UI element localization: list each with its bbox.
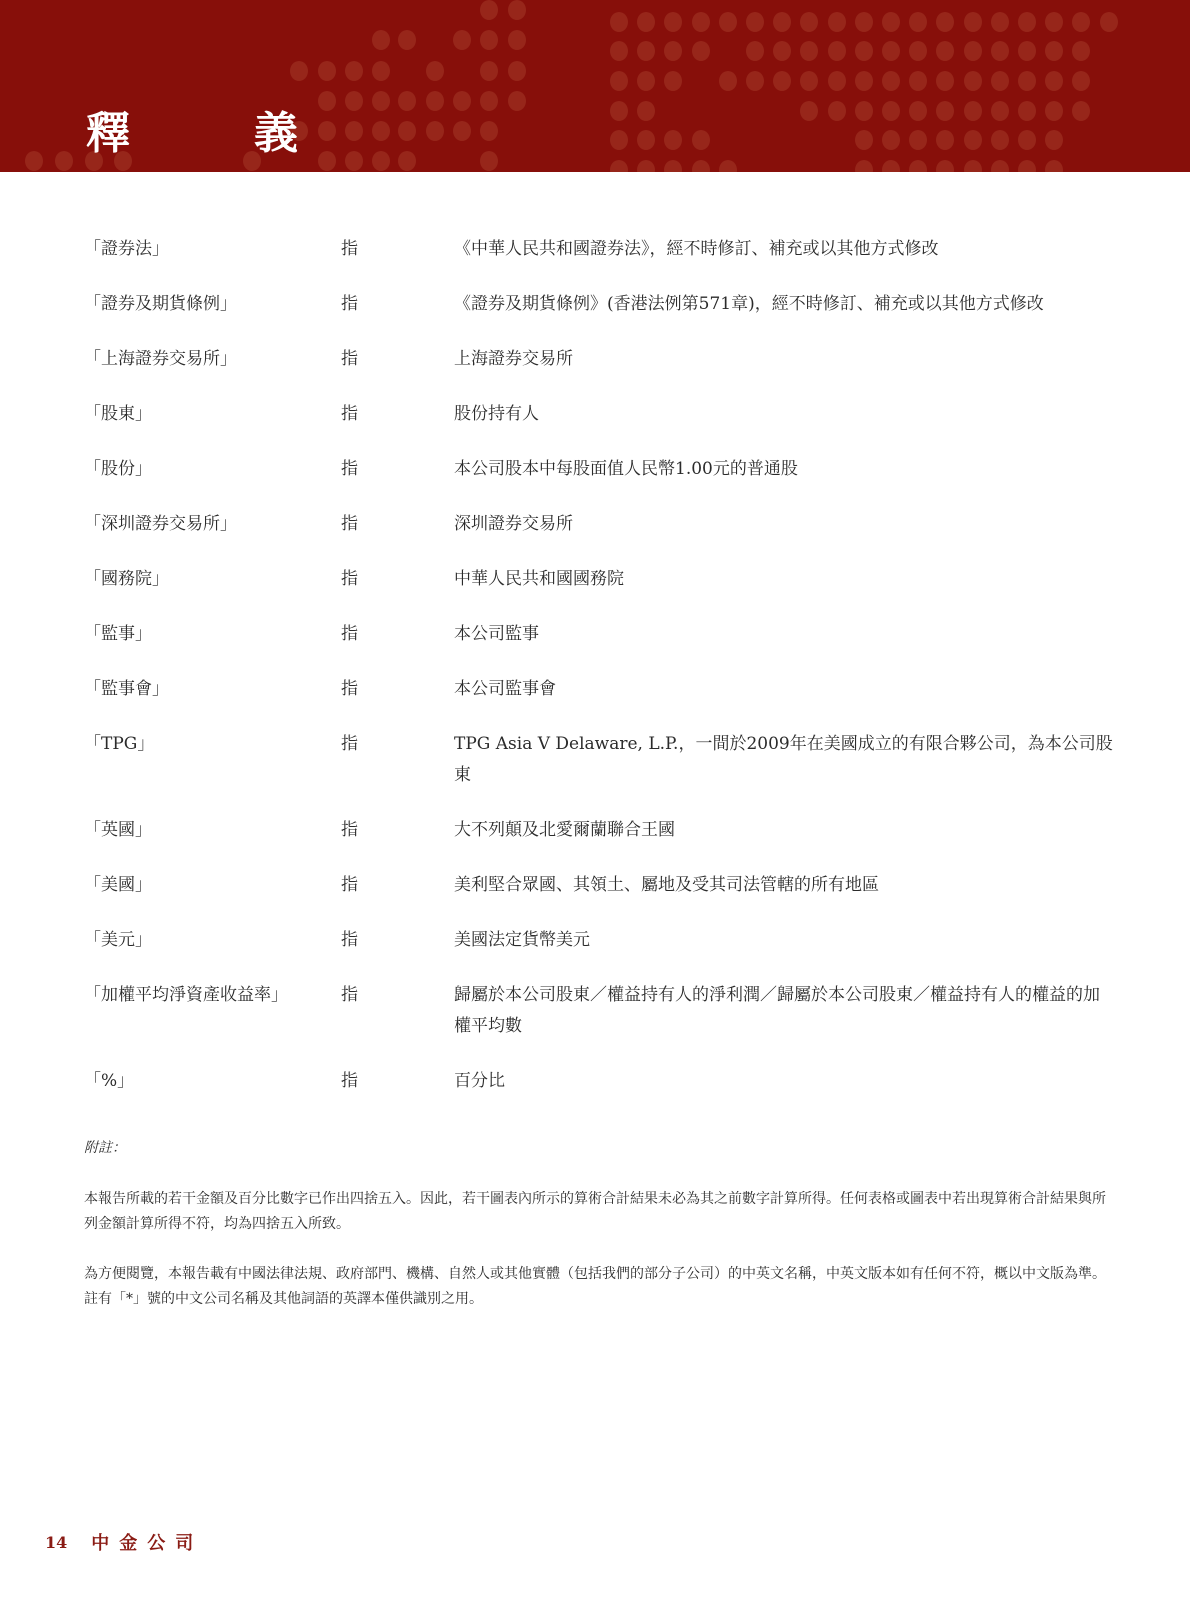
definition-term: 「美元」 xyxy=(84,925,341,956)
definition-means: 指 xyxy=(341,564,454,595)
definition-means: 指 xyxy=(341,870,454,901)
definition-text: 本公司監事會 xyxy=(454,674,1114,705)
definition-row: 「上海證券交易所」 指 上海證券交易所 xyxy=(84,344,1114,375)
definition-term: 「證券法」 xyxy=(84,234,341,265)
definition-means: 指 xyxy=(341,289,454,320)
notes-section: 附註： 本報告所載的若干金額及百分比數字已作出四捨五入。因此，若干圖表內所示的算… xyxy=(84,1136,1114,1337)
definition-means: 指 xyxy=(341,454,454,485)
definition-term: 「上海證券交易所」 xyxy=(84,344,341,375)
definition-means: 指 xyxy=(341,509,454,540)
note-paragraph-translation: 為方便閱覽，本報告載有中國法律法規、政府部門、機構、自然人或其他實體（包括我們的… xyxy=(84,1262,1114,1312)
definition-row: 「證券及期貨條例」 指 《證券及期貨條例》(香港法例第571章)，經不時修訂、補… xyxy=(84,289,1114,320)
definition-row: 「美元」 指 美國法定貨幣美元 xyxy=(84,925,1114,956)
definition-text: 本公司股本中每股面值人民幣1.00元的普通股 xyxy=(454,454,1114,485)
definition-term: 「國務院」 xyxy=(84,564,341,595)
page-title: 釋 義 xyxy=(86,104,338,164)
definition-term: 「股東」 xyxy=(84,399,341,430)
definition-row: 「英國」 指 大不列顛及北愛爾蘭聯合王國 xyxy=(84,815,1114,846)
page-footer: 14 中金公司 xyxy=(45,1529,203,1555)
definition-means: 指 xyxy=(341,234,454,265)
header-band: 釋 義 xyxy=(0,0,1190,172)
company-name: 中金公司 xyxy=(91,1529,203,1555)
definition-term: 「深圳證券交易所」 xyxy=(84,509,341,540)
definition-row: 「監事會」 指 本公司監事會 xyxy=(84,674,1114,705)
definition-text: 中華人民共和國國務院 xyxy=(454,564,1114,595)
definition-term: 「英國」 xyxy=(84,815,341,846)
definition-means: 指 xyxy=(341,674,454,705)
definition-row: 「%」 指 百分比 xyxy=(84,1066,1114,1097)
note-paragraph-rounding: 本報告所載的若干金額及百分比數字已作出四捨五入。因此，若干圖表內所示的算術合計結… xyxy=(84,1187,1114,1237)
definition-text: 百分比 xyxy=(454,1066,1114,1097)
definitions-list: 「證券法」 指 《中華人民共和國證券法》，經不時修訂、補充或以其他方式修改 「證… xyxy=(84,234,1114,1121)
definition-row: 「監事」 指 本公司監事 xyxy=(84,619,1114,650)
definition-term: 「TPG」 xyxy=(84,729,341,760)
definition-term: 「股份」 xyxy=(84,454,341,485)
definition-term: 「監事」 xyxy=(84,619,341,650)
definition-text: 上海證券交易所 xyxy=(454,344,1114,375)
definition-term: 「加權平均淨資產收益率」 xyxy=(84,980,341,1011)
definition-term: 「證券及期貨條例」 xyxy=(84,289,341,320)
definition-row: 「TPG」 指 TPG Asia V Delaware, L.P.，一間於200… xyxy=(84,729,1114,791)
page-number: 14 xyxy=(45,1533,67,1552)
definition-text: 本公司監事 xyxy=(454,619,1114,650)
definition-means: 指 xyxy=(341,344,454,375)
definition-text: 歸屬於本公司股東／權益持有人的淨利潤／歸屬於本公司股東／權益持有人的權益的加權平… xyxy=(454,980,1114,1042)
definition-row: 「股份」 指 本公司股本中每股面值人民幣1.00元的普通股 xyxy=(84,454,1114,485)
definition-means: 指 xyxy=(341,925,454,956)
definition-row: 「股東」 指 股份持有人 xyxy=(84,399,1114,430)
definition-text: 《中華人民共和國證券法》，經不時修訂、補充或以其他方式修改 xyxy=(454,234,1114,265)
definition-row: 「美國」 指 美利堅合眾國、其領土、屬地及受其司法管轄的所有地區 xyxy=(84,870,1114,901)
definition-means: 指 xyxy=(341,399,454,430)
definition-text: 大不列顛及北愛爾蘭聯合王國 xyxy=(454,815,1114,846)
definition-text: 《證券及期貨條例》(香港法例第571章)，經不時修訂、補充或以其他方式修改 xyxy=(454,289,1114,320)
definition-text: 美國法定貨幣美元 xyxy=(454,925,1114,956)
definition-text: 股份持有人 xyxy=(454,399,1114,430)
definition-means: 指 xyxy=(341,619,454,650)
definition-row: 「深圳證券交易所」 指 深圳證券交易所 xyxy=(84,509,1114,540)
definition-term: 「%」 xyxy=(84,1066,341,1097)
definition-term: 「美國」 xyxy=(84,870,341,901)
definition-text: 深圳證券交易所 xyxy=(454,509,1114,540)
definition-text: TPG Asia V Delaware, L.P.，一間於2009年在美國成立的… xyxy=(454,729,1114,791)
definition-term: 「監事會」 xyxy=(84,674,341,705)
definition-row: 「加權平均淨資產收益率」 指 歸屬於本公司股東／權益持有人的淨利潤／歸屬於本公司… xyxy=(84,980,1114,1042)
definition-means: 指 xyxy=(341,980,454,1011)
definition-means: 指 xyxy=(341,729,454,760)
definition-row: 「證券法」 指 《中華人民共和國證券法》，經不時修訂、補充或以其他方式修改 xyxy=(84,234,1114,265)
definition-text: 美利堅合眾國、其領土、屬地及受其司法管轄的所有地區 xyxy=(454,870,1114,901)
definition-row: 「國務院」 指 中華人民共和國國務院 xyxy=(84,564,1114,595)
definition-means: 指 xyxy=(341,815,454,846)
notes-heading: 附註： xyxy=(84,1136,1114,1161)
definition-means: 指 xyxy=(341,1066,454,1097)
